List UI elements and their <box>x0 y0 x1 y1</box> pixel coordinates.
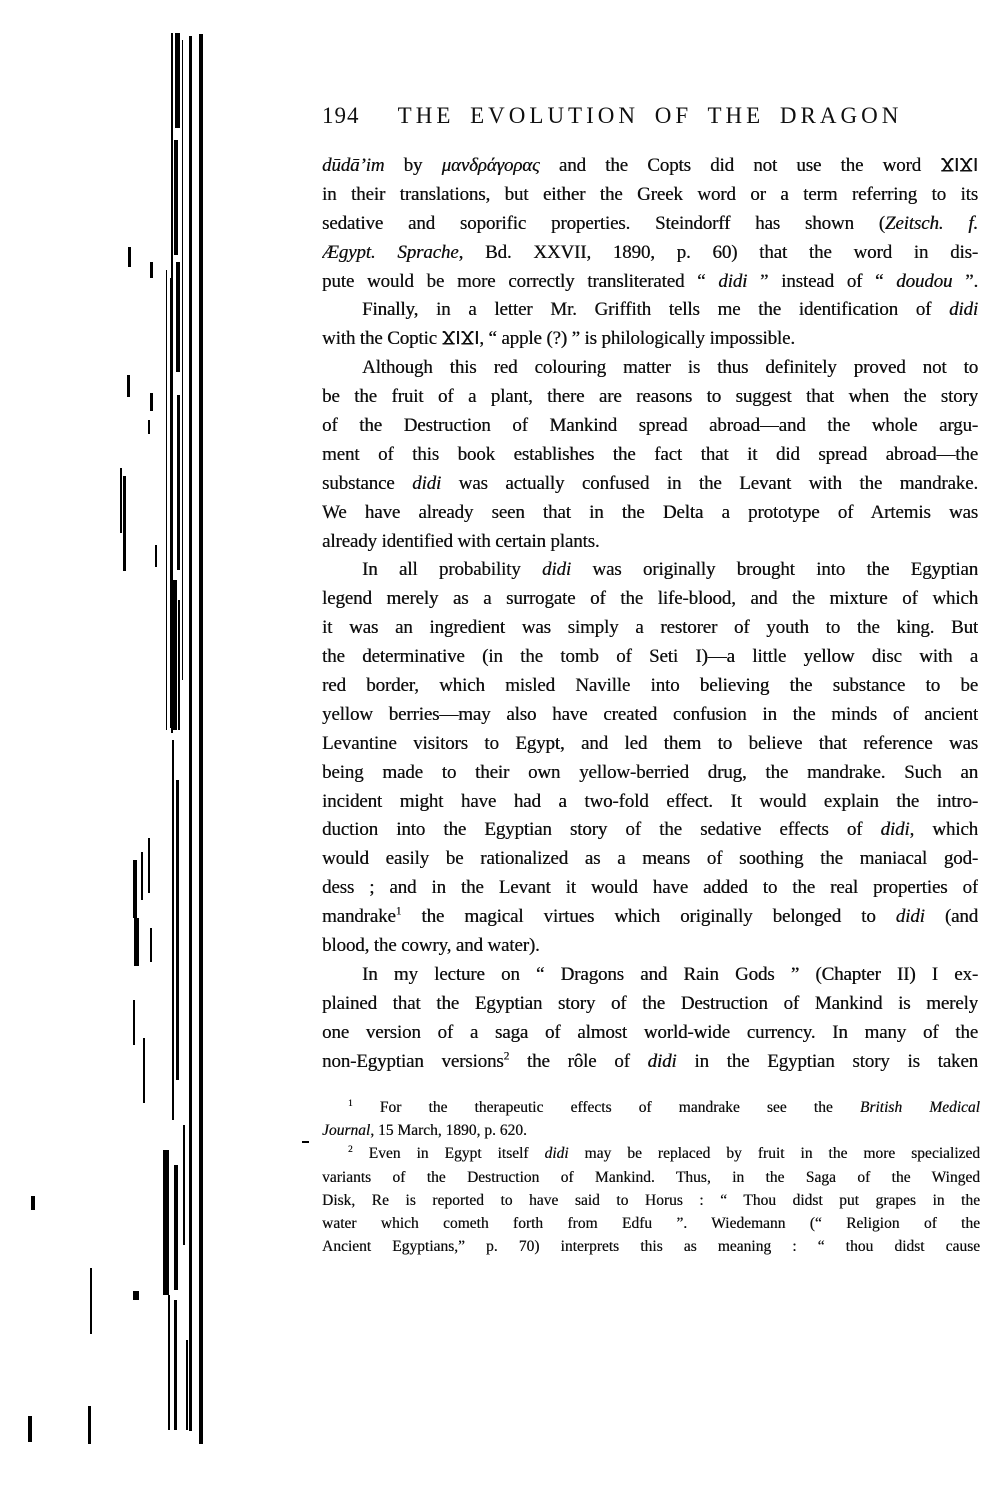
artifact-mark <box>143 1038 145 1103</box>
scanned-page: 194 THE EVOLUTION OF THE DRAGON dūdā’im … <box>0 0 999 1489</box>
text-line: yellow berries—may also have created con… <box>322 701 978 730</box>
artifact-mark <box>189 36 192 1431</box>
artifact-mark <box>174 140 178 255</box>
artifact-mark <box>183 1125 185 1245</box>
artifact-mark <box>133 1291 139 1300</box>
artifact-mark <box>127 375 130 397</box>
text-line: In my lecture on “ Dragons and Rain Gods… <box>322 961 978 990</box>
artifact-mark <box>163 1150 169 1295</box>
body-text: dūdā’im by μανδράγορας and the Copts did… <box>322 152 978 1077</box>
artifact-mark <box>174 1165 178 1290</box>
page-number: 194 <box>322 103 360 129</box>
artifact-mark <box>141 852 143 900</box>
text-line: would easily be rationalized as a means … <box>322 845 978 874</box>
artifact-mark <box>133 1000 135 1045</box>
footnote-line: 1 For the therapeutic effects of mandrak… <box>322 1096 980 1119</box>
artifact-mark <box>120 468 122 533</box>
artifact-mark <box>182 40 183 680</box>
running-title: THE EVOLUTION OF THE DRAGON <box>322 103 978 129</box>
footnotes: 1 For the therapeutic effects of mandrak… <box>322 1096 980 1258</box>
artifact-mark <box>170 278 172 728</box>
artifact-mark <box>168 1295 170 1430</box>
artifact-mark <box>28 1416 32 1442</box>
artifact-mark <box>186 1340 188 1430</box>
text-line: plained that the Egyptian story of the D… <box>322 990 978 1019</box>
artifact-mark <box>174 1300 177 1430</box>
artifact-mark <box>88 1406 91 1444</box>
artifact-mark <box>128 247 131 267</box>
text-line: the determinative (in the tomb of Seti I… <box>322 643 978 672</box>
artifact-mark <box>172 740 174 1120</box>
text-line: red border, which misled Naville into be… <box>322 672 978 701</box>
text-line: with the Coptic ϪΙϪΙ, “ apple (?) ” is p… <box>322 325 978 354</box>
artifact-mark <box>150 928 152 962</box>
artifact-mark <box>178 600 180 730</box>
text-line: duction into the Egyptian story of the s… <box>322 816 978 845</box>
text-line: already identified with certain plants. <box>322 528 978 557</box>
footnote-line: variants of the Destruction of Mankind. … <box>322 1166 980 1189</box>
artifact-mark <box>123 476 126 571</box>
text-line: it was an ingredient was simply a restor… <box>322 614 978 643</box>
text-line: blood, the cowry, and water). <box>322 932 978 961</box>
artifact-mark <box>199 34 203 1444</box>
text-line: one version of a saga of almost world-wi… <box>322 1019 978 1048</box>
artifact-mark <box>176 780 179 1080</box>
text-line: Finally, in a letter Mr. Griffith tells … <box>322 296 978 325</box>
artifact-mark <box>133 860 137 918</box>
artifact-mark <box>166 270 167 730</box>
text-line: of the Destruction of Mankind spread abr… <box>322 412 978 441</box>
footnote-line: water which cometh forth from Edfu ”. Wi… <box>322 1212 980 1235</box>
footnote-line: Disk, Re is reported to have said to Hor… <box>322 1189 980 1212</box>
artifact-mark <box>134 918 139 966</box>
text-line: sedative and soporific properties. Stein… <box>322 210 978 239</box>
footnote-line: Journal, 15 March, 1890, p. 620. <box>322 1119 980 1142</box>
artifact-mark <box>150 393 153 411</box>
text-line: Although this red colouring matter is th… <box>322 354 978 383</box>
footnote-line: Ancient Egyptians,” p. 70) interprets th… <box>322 1235 980 1258</box>
artifact-mark <box>175 33 180 128</box>
artifact-mark <box>173 580 177 730</box>
page-header: 194 THE EVOLUTION OF THE DRAGON <box>322 103 978 133</box>
text-line: Levantine visitors to Egypt, and led the… <box>322 730 978 759</box>
text-line: incident might have had a two-fold effec… <box>322 788 978 817</box>
artifact-mark <box>155 545 157 567</box>
text-line: dess ; and in the Levant it would have a… <box>322 874 978 903</box>
artifact-mark <box>177 395 180 570</box>
footnote-line: 2 Even in Egypt itself didi may be repla… <box>322 1142 980 1165</box>
text-line: being made to their own yellow-berried d… <box>322 759 978 788</box>
text-line: mandrake1 the magical virtues which orig… <box>322 903 978 932</box>
text-line: pute would be more correctly translitera… <box>322 268 978 297</box>
artifact-mark <box>148 420 150 434</box>
text-line: non-Egyptian versions2 the rôle of didi … <box>322 1048 978 1077</box>
text-line: dūdā’im by μανδράγορας and the Copts did… <box>322 152 978 181</box>
text-line: In all probability didi was originally b… <box>322 556 978 585</box>
text-line: ment of this book establishes the fact t… <box>322 441 978 470</box>
text-line: in their translations, but either the Gr… <box>322 181 978 210</box>
artifact-mark <box>176 262 180 372</box>
artifact-mark <box>90 1268 92 1334</box>
text-line: Ægypt. Sprache, Bd. XXVII, 1890, p. 60) … <box>322 239 978 268</box>
artifact-mark <box>148 838 150 893</box>
artifact-mark <box>31 1196 35 1210</box>
artifact-mark <box>302 1141 309 1143</box>
text-line: be the fruit of a plant, there are reaso… <box>322 383 978 412</box>
text-line: We have already seen that in the Delta a… <box>322 499 978 528</box>
text-line: legend merely as a surrogate of the life… <box>322 585 978 614</box>
artifact-mark <box>150 262 153 278</box>
text-line: substance didi was actually confused in … <box>322 470 978 499</box>
